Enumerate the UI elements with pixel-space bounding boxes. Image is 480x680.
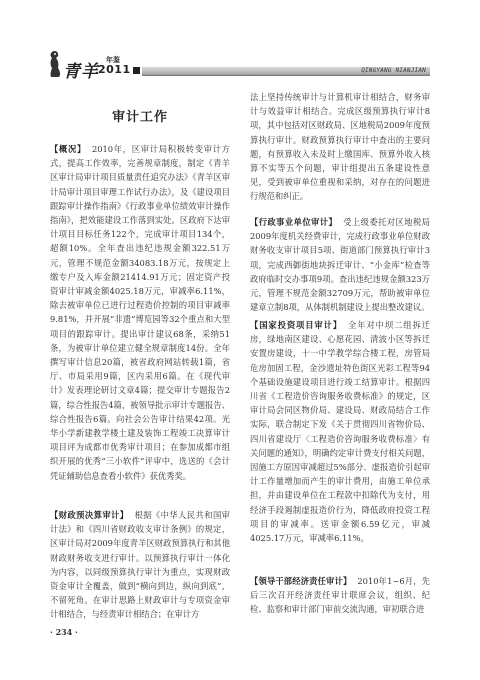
header-bar: QINGYANG NIANJIAN (142, 67, 430, 76)
logo-year: 2011 (98, 63, 131, 76)
paragraph-fiscal: 【财政预决算审计】根据《中华人民共和国审计法》和《四川省财政收支审计条例》的规定… (50, 508, 230, 622)
paragraph-admin: 【行政事业单位审计】受上级委托对区地税局2009年度机关经费审计，完成行政事业单… (250, 215, 430, 314)
subheading-leader: 【领导干部经济责任审计】 (250, 576, 351, 586)
logo-square-mark (133, 67, 140, 74)
subheading-admin: 【行政事业单位审计】 (250, 217, 337, 227)
section-title: 审计工作 (50, 106, 230, 125)
paragraph-invest: 【国家投资项目审计】全年对中坝二组拆迁房，绿地南区建设、心愿花园、清波小区等拆迁… (250, 318, 430, 545)
paragraph-fiscal-body: 根据《中华人民共和国审计法》和《四川省财政收支审计条例》的规定，区审计局对200… (50, 510, 230, 619)
paragraph-leader: 【领导干部经济责任审计】2010年1~6月，先后三次召开经济责任审计联席会议，组… (250, 574, 430, 617)
subheading-overview: 【概况】 (50, 144, 86, 154)
page-number: · 234 · (50, 627, 78, 637)
paragraph-invest-body: 全年对中坝二组拆迁房，绿地南区建设、心愿花园、清波小区等拆迁安置房建设，十一中学… (250, 320, 430, 543)
subheading-fiscal: 【财政预决算审计】 (50, 510, 128, 520)
logo-title: 青羊 (63, 57, 99, 82)
figure-icon (48, 50, 62, 78)
page-header: 青羊 年鉴 2011 QINGYANG NIANJIAN (48, 48, 430, 80)
yearbook-logo: 青羊 年鉴 2011 (48, 48, 138, 80)
paragraph-fiscal-continued: 法上坚持传统审计与计算机审计相结合，财务审计与效益审计相结合。完成区级预算执行审… (250, 90, 430, 204)
header-bar-text: QINGYANG NIANJIAN (361, 67, 426, 75)
paragraph-overview-body: 2010年，区审计局积极转变审计方式，提高工作效率，完善规章制度，制定《青羊区审… (50, 144, 230, 481)
subheading-invest: 【国家投资项目审计】 (250, 320, 342, 330)
paragraph-admin-body: 受上级委托对区地税局2009年度机关经费审计，完成行政事业单位财政财务收支审计项… (250, 217, 430, 312)
paragraph-overview: 【概况】2010年，区审计局积极转变审计方式，提高工作效率，完善规章制度，制定《… (50, 142, 230, 483)
